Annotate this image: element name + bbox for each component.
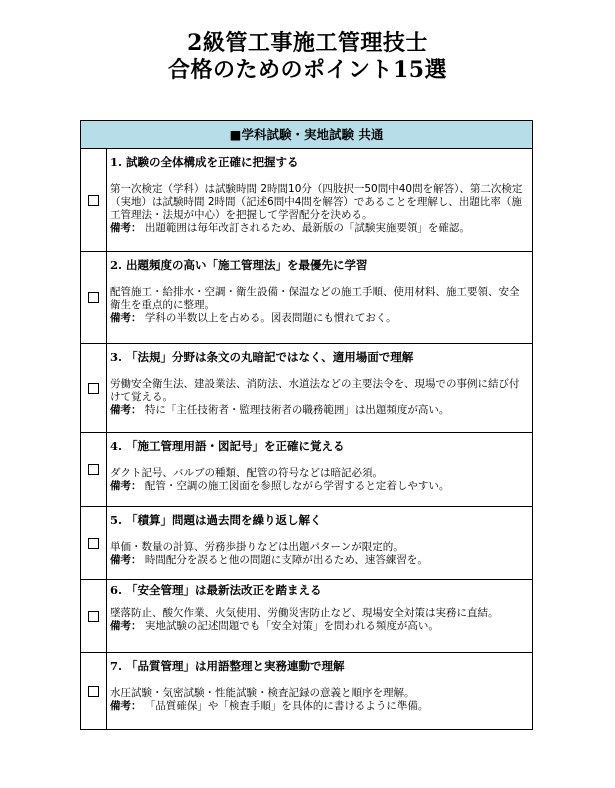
checkbox-icon bbox=[88, 538, 99, 549]
row-heading: 6. 「安全管理」は最新法改正を踏まえる bbox=[110, 584, 528, 597]
row-body: 配管施工・給排水・空調・衛生設備・保温などの施工手順、使用材料、施工要領、安全衛… bbox=[110, 286, 528, 312]
checkbox[interactable] bbox=[81, 580, 107, 652]
table-row: 1. 試験の全体構成を正確に把握する 第一次検定（学科）は試験時間 2時間10分… bbox=[81, 149, 532, 252]
row-note: 備考： 実地試験の記述問題でも「安全対策」を問われる頻度が高い。 bbox=[110, 620, 528, 633]
row-heading: 5. 「積算」問題は過去問を繰り返し解く bbox=[110, 514, 528, 527]
note-text: 出題範囲は毎年改訂されるため、最新版の「試験実施要領」を確認。 bbox=[142, 222, 470, 234]
checkbox-icon bbox=[88, 464, 99, 475]
document-title: 2級管工事施工管理技士 合格のためのポイント15選 bbox=[0, 30, 615, 84]
row-body: 第一次検定（学科）は試験時間 2時間10分（四肢択一50問中40問を解答）、第二… bbox=[110, 183, 528, 222]
checkbox[interactable] bbox=[81, 433, 107, 506]
note-label: 備考： bbox=[110, 480, 142, 492]
row-content: 4. 「施工管理用語・図記号」を正確に覚える ダクト記号、バルブの種類、配管の符… bbox=[107, 433, 532, 506]
checkbox[interactable] bbox=[81, 344, 107, 432]
row-heading: 4. 「施工管理用語・図記号」を正確に覚える bbox=[110, 440, 528, 453]
row-content: 2. 出題頻度の高い「施工管理法」を最優先に学習 配管施工・給排水・空調・衛生設… bbox=[107, 252, 532, 343]
note-text: 実地試験の記述問題でも「安全対策」を問われる頻度が高い。 bbox=[142, 620, 439, 632]
checkbox[interactable] bbox=[81, 252, 107, 343]
row-body: 単価・数量の計算、労務歩掛りなどは出題パターンが限定的。 bbox=[110, 541, 528, 554]
note-text: 学科の半数以上を占める。図表問題にも慣れておく。 bbox=[142, 312, 397, 324]
note-label: 備考： bbox=[110, 700, 142, 712]
row-body: 墜落防止、酸欠作業、火気使用、労働災害防止など、現場安全対策は実務に直結。 bbox=[110, 607, 528, 620]
row-note: 備考： 出題範囲は毎年改訂されるため、最新版の「試験実施要領」を確認。 bbox=[110, 222, 528, 235]
checkbox[interactable] bbox=[81, 653, 107, 729]
row-note: 備考： 「品質確保」や「検査手順」を具体的に書けるように準備。 bbox=[110, 700, 528, 713]
note-text: 時間配分を誤ると他の問題に支障が出るため、速答練習を。 bbox=[142, 554, 428, 566]
checkbox-icon bbox=[88, 686, 99, 697]
row-heading: 1. 試験の全体構成を正確に把握する bbox=[110, 156, 528, 169]
table-row: 4. 「施工管理用語・図記号」を正確に覚える ダクト記号、バルブの種類、配管の符… bbox=[81, 433, 532, 507]
checkbox[interactable] bbox=[81, 507, 107, 579]
row-body: 労働安全衛生法、建設業法、消防法、水道法などの主要法令を、現場での事例に結び付け… bbox=[110, 378, 528, 404]
row-note: 備考： 特に「主任技術者・監理技術者の職務範囲」は出題頻度が高い。 bbox=[110, 404, 528, 417]
row-note: 備考： 配管・空調の施工図面を参照しながら学習すると定着しやすい。 bbox=[110, 480, 528, 493]
row-content: 5. 「積算」問題は過去問を繰り返し解く 単価・数量の計算、労務歩掛りなどは出題… bbox=[107, 507, 532, 579]
title-line-1: 2級管工事施工管理技士 bbox=[0, 30, 615, 57]
row-content: 7. 「品質管理」は用語整理と実務連動で理解 水圧試験・気密試験・性能試験・検査… bbox=[107, 653, 532, 729]
row-content: 1. 試験の全体構成を正確に把握する 第一次検定（学科）は試験時間 2時間10分… bbox=[107, 149, 532, 251]
points-table: ■学科試験・実地試験 共通 1. 試験の全体構成を正確に把握する 第一次検定（学… bbox=[80, 120, 533, 730]
note-label: 備考： bbox=[110, 554, 142, 566]
row-heading: 2. 出題頻度の高い「施工管理法」を最優先に学習 bbox=[110, 259, 528, 272]
row-note: 備考： 学科の半数以上を占める。図表問題にも慣れておく。 bbox=[110, 312, 528, 325]
note-text: 配管・空調の施工図面を参照しながら学習すると定着しやすい。 bbox=[142, 480, 450, 492]
note-label: 備考： bbox=[110, 404, 142, 416]
table-row: 7. 「品質管理」は用語整理と実務連動で理解 水圧試験・気密試験・性能試験・検査… bbox=[81, 653, 532, 729]
row-body: 水圧試験・気密試験・性能試験・検査記録の意義と順序を理解。 bbox=[110, 687, 528, 700]
table-row: 2. 出題頻度の高い「施工管理法」を最優先に学習 配管施工・給排水・空調・衛生設… bbox=[81, 252, 532, 344]
note-label: 備考： bbox=[110, 312, 142, 324]
section-header: ■学科試験・実地試験 共通 bbox=[81, 121, 532, 149]
note-label: 備考： bbox=[110, 620, 142, 632]
table-row: 5. 「積算」問題は過去問を繰り返し解く 単価・数量の計算、労務歩掛りなどは出題… bbox=[81, 507, 532, 580]
row-content: 6. 「安全管理」は最新法改正を踏まえる 墜落防止、酸欠作業、火気使用、労働災害… bbox=[107, 580, 532, 652]
row-body: ダクト記号、バルブの種類、配管の符号などは暗記必須。 bbox=[110, 467, 528, 480]
row-note: 備考： 時間配分を誤ると他の問題に支障が出るため、速答練習を。 bbox=[110, 554, 528, 567]
checkbox-icon bbox=[88, 292, 99, 303]
row-heading: 3. 「法規」分野は条文の丸暗記ではなく、適用場面で理解 bbox=[110, 351, 528, 364]
checkbox-icon bbox=[88, 383, 99, 394]
checkbox[interactable] bbox=[81, 149, 107, 251]
row-content: 3. 「法規」分野は条文の丸暗記ではなく、適用場面で理解 労働安全衛生法、建設業… bbox=[107, 344, 532, 432]
table-row: 6. 「安全管理」は最新法改正を踏まえる 墜落防止、酸欠作業、火気使用、労働災害… bbox=[81, 580, 532, 653]
table-row: 3. 「法規」分野は条文の丸暗記ではなく、適用場面で理解 労働安全衛生法、建設業… bbox=[81, 344, 532, 433]
row-heading: 7. 「品質管理」は用語整理と実務連動で理解 bbox=[110, 660, 528, 673]
note-label: 備考： bbox=[110, 222, 142, 234]
checkbox-icon bbox=[88, 195, 99, 206]
note-text: 特に「主任技術者・監理技術者の職務範囲」は出題頻度が高い。 bbox=[142, 404, 450, 416]
note-text: 「品質確保」や「検査手順」を具体的に書けるように準備。 bbox=[142, 700, 429, 712]
checkbox-icon bbox=[88, 611, 99, 622]
title-line-2: 合格のためのポイント15選 bbox=[0, 57, 615, 84]
